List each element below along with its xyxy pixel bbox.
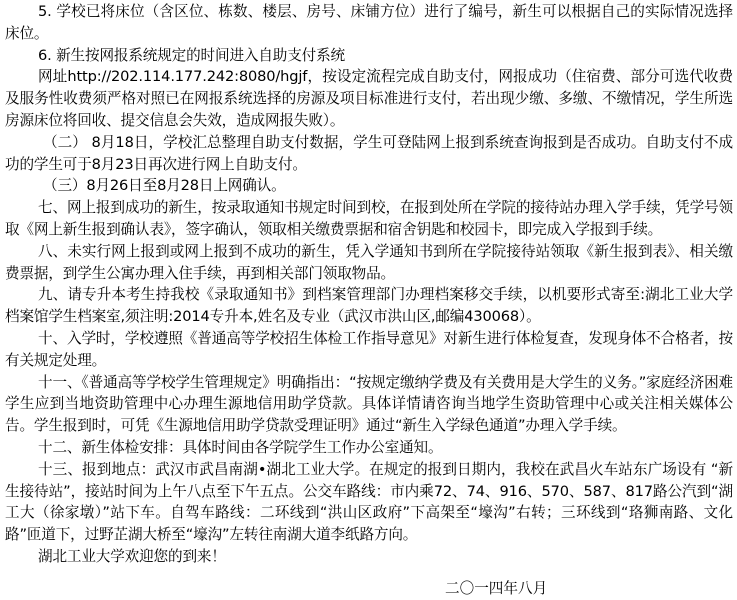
paragraph-section-2-aug18: （二） 8月18日，学校汇总整理自助支付数据，学生可登陆网上报到系统查询报到是否… — [5, 132, 733, 176]
paragraph-item-8-offline-registration: 八、未实行网上报到或网上报到不成功的新生，凭入学通知书到所在学院接待站领取《新生… — [5, 241, 733, 285]
paragraph-self-payment-system: 6. 新生按网报系统规定的时间进入自助支付系统 — [5, 45, 733, 67]
paragraph-section-3-confirm: （三）8月26日至8月28日上网确认。 — [5, 175, 733, 197]
paragraph-item-13-location-routes: 十三、报到地点：武汉市武昌南湖•湖北工业大学。在规定的报到日期内，我校在武昌火车… — [5, 459, 733, 546]
document-body: 5. 学校已将床位（含区位、栋数、楼层、房号、床铺方位）进行了编号，新生可以根据… — [0, 0, 737, 600]
paragraph-item-7-online-success: 七、网上报到成功的新生，按录取通知书规定时间到校，在报到处所在学院的接待站办理入… — [5, 197, 733, 241]
signature-date: 二〇一四年八月 — [5, 568, 733, 600]
paragraph-item-9-archives: 九、请专升本考生持我校《录取通知书》到档案管理部门办理档案移交手续，以机要形式寄… — [5, 284, 733, 328]
paragraph-item-11-student-loans: 十一、《普通高等学校学生管理规定》明确指出：“按规定缴纳学费及有关费用是大学生的… — [5, 372, 733, 437]
paragraph-bed-selection: 5. 学校已将床位（含区位、栋数、楼层、房号、床铺方位）进行了编号，新生可以根据… — [5, 1, 733, 45]
paragraph-item-10-health-check: 十、入学时，学校遵照《普通高等学校招生体检工作指导意见》对新生进行体检复查，发现… — [5, 328, 733, 372]
paragraph-item-12-physical-exam: 十二、新生体检安排：具体时间由各学院学生工作办公室通知。 — [5, 437, 733, 459]
paragraph-welcome: 湖北工业大学欢迎您的到来！ — [5, 546, 733, 568]
paragraph-payment-url: 网址http://202.114.177.242:8080/hgjf，按设定流程… — [5, 66, 733, 131]
